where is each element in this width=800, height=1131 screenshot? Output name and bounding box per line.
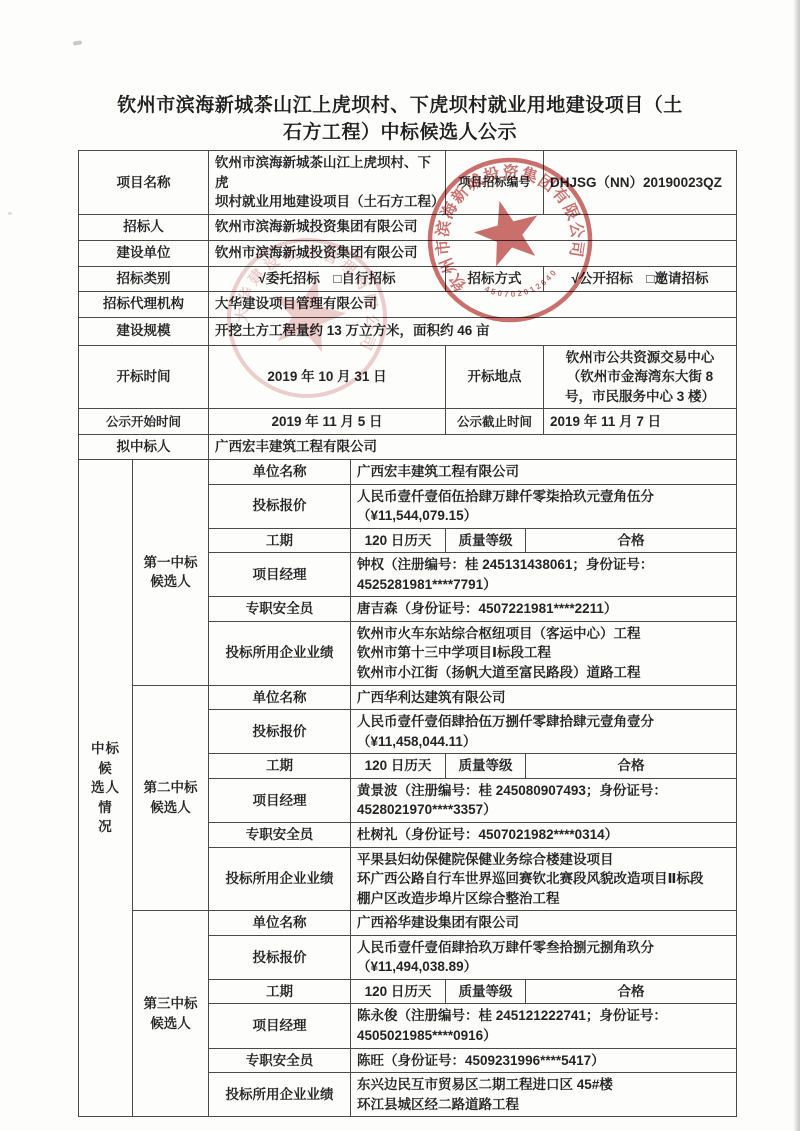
proposed-winner-label: 拟中标人 <box>79 435 209 460</box>
candidate-3-duration-label: 工期 <box>209 979 351 1004</box>
page-title-line1: 钦州市滨海新城茶山江上虎坝村、下虎坝村就业用地建设项目（土 <box>70 92 730 119</box>
notice-table: 项目名称 钦州市滨海新城茶山江上虎坝村、下虎 坝村就业用地建设项目（土石方工程）… <box>78 150 737 1117</box>
builder-label: 建设单位 <box>79 240 209 266</box>
open-place-value: 钦州市公共资源交易中心 （钦州市金海湾东大街 8 号，市民服务中心 3 楼） <box>544 345 737 409</box>
tenderee-value: 钦州市滨海新城投资集团有限公司 <box>209 214 737 240</box>
bid-number-label: 项目招标编号 <box>446 151 544 215</box>
candidate-3-duration-value: 120 日历天 <box>351 979 446 1004</box>
candidate-2-duration-label: 工期 <box>209 754 351 779</box>
open-time-label: 开标时间 <box>79 345 209 409</box>
candidate-3-safety-value: 陈旺（身份证号：4509231996****5417） <box>351 1048 737 1073</box>
candidate-3-performance-label: 投标所用企业业绩 <box>209 1073 351 1117</box>
candidate-2-price-label: 投标报价 <box>209 710 351 754</box>
candidate-1-quality-value: 合格 <box>526 528 737 553</box>
page-title: 钦州市滨海新城茶山江上虎坝村、下虎坝村就业用地建设项目（土 石方工程）中标候选人… <box>70 92 730 146</box>
candidate-2-manager-value: 黄景波（注册编号：桂 245080907493；身份证号： 4528021970… <box>351 778 737 822</box>
candidate-2-safety-value: 杜树礼（身份证号：4507021982****0314） <box>351 822 737 847</box>
candidate-3-quality-label: 质量等级 <box>446 979 526 1004</box>
candidate-1-price-value: 人民币壹仟壹佰伍拾肆万肆仟零柒拾玖元壹角伍分 （¥11,544,079.15） <box>351 484 737 528</box>
candidate-3-manager-value: 陈永俊（注册编号：桂 245121222741；身份证号： 4505021985… <box>351 1004 737 1048</box>
section-label-candidates: 中标候 选人情 况 <box>79 459 133 1116</box>
candidate-2-quality-label: 质量等级 <box>446 754 526 779</box>
candidate-3-manager-label: 项目经理 <box>209 1004 351 1048</box>
candidate-3-safety-label: 专职安全员 <box>209 1048 351 1073</box>
candidate-3-quality-value: 合格 <box>526 979 737 1004</box>
agency-value: 大华建设项目管理有限公司 <box>209 291 737 317</box>
scan-edge-shadow <box>793 0 800 1131</box>
tenderee-label: 招标人 <box>79 214 209 240</box>
candidate-2-rank: 第二中标 候选人 <box>133 685 209 911</box>
publicity-end-value: 2019 年 11 月 7 日 <box>544 409 737 435</box>
candidate-3-unit-value: 广西裕华建设集团有限公司 <box>351 911 737 936</box>
candidate-1-safety-value: 唐吉森（身份证号：4507221981****2211） <box>351 597 737 622</box>
method-label: 招标方式 <box>446 266 544 291</box>
agency-label: 招标代理机构 <box>79 291 209 317</box>
candidate-1-performance-label: 投标所用企业业绩 <box>209 621 351 685</box>
candidate-1-quality-label: 质量等级 <box>446 528 526 553</box>
scale-value: 开挖土方工程量约 13 万立方米，面积约 46 亩 <box>209 317 737 345</box>
candidate-2-duration-value: 120 日历天 <box>351 754 446 779</box>
open-place-label: 开标地点 <box>446 345 544 409</box>
candidate-3-price-label: 投标报价 <box>209 935 351 979</box>
candidate-2-performance-value: 平果县妇幼保健院保健业务综合楼建设项目 环广西公路自行车世界巡回赛钦北赛段风貌改… <box>351 847 737 911</box>
candidate-2-unit-label: 单位名称 <box>209 685 351 710</box>
candidate-1-duration-label: 工期 <box>209 528 351 553</box>
candidate-2-performance-label: 投标所用企业业绩 <box>209 847 351 911</box>
scale-label: 建设规模 <box>79 317 209 345</box>
candidate-3-price-value: 人民币壹仟壹佰肆拾玖万肆仟零叁拾捌元捌角玖分 （¥11,494,038.89） <box>351 935 737 979</box>
candidate-2-manager-label: 项目经理 <box>209 778 351 822</box>
candidate-1-performance-value: 钦州市火车东站综合枢纽项目（客运中心）工程 钦州市第十三中学项目Ⅰ标段工程 钦州… <box>351 621 737 685</box>
project-name-value: 钦州市滨海新城茶山江上虎坝村、下虎 坝村就业用地建设项目（土石方工程） <box>209 151 446 215</box>
scan-speck <box>73 40 82 45</box>
bid-number-value: DHJSG（NN）20190023QZ <box>544 151 737 215</box>
candidate-1-safety-label: 专职安全员 <box>209 597 351 622</box>
publicity-end-label: 公示截止时间 <box>446 409 544 435</box>
candidate-1-unit-label: 单位名称 <box>209 459 351 484</box>
candidate-1-manager-value: 钟权（注册编号：桂 245131438061；身份证号： 4525281981*… <box>351 553 737 597</box>
method-value: √公开招标 □邀请招标 <box>544 266 737 291</box>
proposed-winner-value: 广西宏丰建筑工程有限公司 <box>209 435 737 460</box>
candidate-1-price-label: 投标报价 <box>209 484 351 528</box>
candidate-1-rank: 第一中标 候选人 <box>133 459 209 685</box>
candidate-3-performance-value: 东兴边民互市贸易区二期工程进口区 45#楼 环江县城区经二路道路工程 <box>351 1073 737 1117</box>
category-value: √委托招标 □自行招标 <box>209 266 446 291</box>
category-label: 招标类别 <box>79 266 209 291</box>
candidate-2-unit-value: 广西华利达建筑有限公司 <box>351 685 737 710</box>
open-time-value: 2019 年 10 月 31 日 <box>209 345 446 409</box>
candidate-3-rank: 第三中标 候选人 <box>133 911 209 1117</box>
candidate-2-quality-value: 合格 <box>526 754 737 779</box>
candidate-1-manager-label: 项目经理 <box>209 553 351 597</box>
page-title-line2: 石方工程）中标候选人公示 <box>70 119 730 146</box>
publicity-start-label: 公示开始时间 <box>79 409 209 435</box>
scanned-document-page: 钦州市滨海新城茶山江上虎坝村、下虎坝村就业用地建设项目（土 石方工程）中标候选人… <box>0 0 800 1131</box>
candidate-3-unit-label: 单位名称 <box>209 911 351 936</box>
scan-speck <box>8 212 12 215</box>
candidate-2-price-value: 人民币壹仟壹佰肆拾伍万捌仟零肆拾肆元壹角壹分 （¥11,458,044.11） <box>351 710 737 754</box>
candidate-2-safety-label: 专职安全员 <box>209 822 351 847</box>
publicity-start-value: 2019 年 11 月 5 日 <box>209 409 446 435</box>
candidate-1-duration-value: 120 日历天 <box>351 528 446 553</box>
project-name-label: 项目名称 <box>79 151 209 215</box>
builder-value: 钦州市滨海新城投资集团有限公司 <box>209 240 737 266</box>
candidate-1-unit-value: 广西宏丰建筑工程有限公司 <box>351 459 737 484</box>
